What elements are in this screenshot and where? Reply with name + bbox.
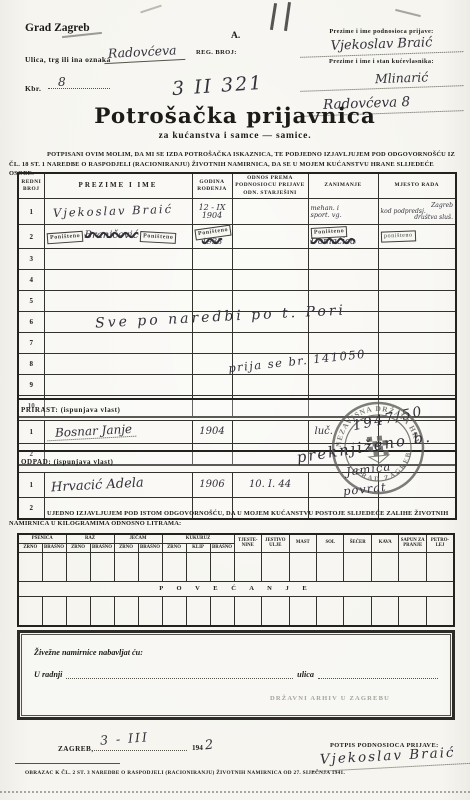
table-row: 1 Hrvacić Adela 1906 10. I. 44	[18, 473, 456, 498]
table-row: 7	[18, 333, 456, 354]
footer-divider	[15, 763, 120, 764]
col-header-jestivo-ulje: JESTIVO ULJE	[262, 534, 289, 552]
col-sub-zrno: ZRNO	[162, 543, 186, 552]
kbr-label: Kbr.	[25, 84, 41, 93]
prirast-section-label: PRIRAST: (ispunjava vlast)	[18, 399, 456, 421]
struck-name-handwritten: Braničević	[85, 230, 139, 241]
ponisteno-stamp: Poništeno	[310, 226, 347, 239]
row-number: 4	[18, 270, 44, 291]
form-reference-note: OBRAZAC K ČL. 2 ST. 3 NAREDBE O RASPODJE…	[25, 770, 445, 776]
table-row: 3	[18, 249, 456, 270]
row-number: 1	[18, 421, 44, 444]
shop-name-blank	[66, 669, 293, 679]
table-row: 6	[18, 312, 456, 333]
row-number: 1	[18, 199, 44, 225]
col-header-secer: ŠEĆER	[344, 534, 371, 552]
ponisteno-stamp: Poništeno	[140, 231, 177, 244]
date-handwritten: 3 - III	[100, 731, 150, 747]
col-sub-zrno: ZRNO	[18, 543, 42, 552]
city-heading: Grad Zagreb	[25, 22, 90, 34]
supplies-group-header-row: PŠENICA RAŽ JEČAM KUKURUZ TJESTE- NINE J…	[18, 534, 454, 543]
place-label: ZAGREB,	[58, 745, 94, 753]
supplies-empty-row	[18, 552, 454, 581]
reg-number-handwritten: 3 II 321	[171, 74, 264, 99]
row-number: 8	[18, 354, 44, 375]
povecanje-row: P O V E Ć A N J E	[18, 581, 454, 596]
purchase-line1: Živežne namirnice nabavljat ću:	[34, 648, 143, 657]
col-header-mjesto-rada: MJESTO RADA	[378, 173, 456, 199]
street-label: Ulica, trg ili ina oznaka	[25, 55, 111, 64]
row-number: 1	[18, 473, 44, 498]
col-group-kukuruz: KUKURUZ	[162, 534, 234, 543]
row-number: 5	[18, 291, 44, 312]
col-sub-brasno: BRAŠNO	[210, 543, 234, 552]
col-header-tjestenine: TJESTE- NINE	[234, 534, 261, 552]
workplace-handwritten: društva sluš.	[381, 215, 454, 221]
col-sub-brasno: BRAŠNO	[138, 543, 162, 552]
ponisteno-stamp: Poništeno	[46, 230, 83, 244]
col-group-raz: RAŽ	[66, 534, 114, 543]
col-header-petrolej: PETRO- LEJ	[426, 534, 454, 552]
page-subtitle: za kućanstva i samce — samice.	[0, 131, 470, 141]
row-number: 9	[18, 375, 44, 396]
odpad-date-handwritten: 10. I. 44	[249, 479, 291, 490]
reg-number-label: REG. BROJ:	[196, 49, 237, 56]
prirast-note-handwritten: luč.	[311, 426, 333, 437]
year-handwritten: 2	[204, 739, 214, 753]
household-members-table: REDNI BROJ PREZIME I IME GODINA ROĐENJA …	[17, 172, 457, 418]
row-number: 6	[18, 312, 44, 333]
ponisteno-stamp: poništeno	[380, 230, 415, 242]
scanned-form-page: Grad Zagreb A. REG. BROJ: Ulica, trg ili…	[0, 0, 470, 800]
signature-handwritten: Vjekoslav Braić	[312, 746, 470, 772]
odpad-section-label: ODPAD: (ispunjava vlast)	[18, 451, 456, 473]
table-row: 1 Bosnar Janje 1904 luč.	[18, 421, 456, 444]
col-header-redni-broj: REDNI BROJ	[18, 173, 44, 199]
povecanje-label: P O V E Ć A N J E	[18, 581, 454, 596]
occupation-handwritten: sport. vg.	[311, 212, 376, 219]
col-header-prezime-ime: PREZIME I IME	[44, 173, 192, 199]
archive-stamp: DRŽAVNI ARHIV U ZAGREBU	[270, 695, 390, 702]
row-number: 2	[18, 225, 44, 249]
table-header-row: REDNI BROJ PREZIME I IME GODINA ROĐENJA …	[18, 173, 456, 199]
year-printed: 194	[192, 744, 203, 752]
pencil-smudge-icon	[140, 5, 162, 14]
table-row: 9	[18, 375, 456, 396]
pencil-smudge-icon	[395, 9, 421, 17]
page-title: Potrošačka prijavnica	[0, 104, 470, 129]
col-sub-brasno: BRAŠNO	[42, 543, 66, 552]
street-handwritten: Radovćeva	[104, 44, 185, 64]
supplies-empty-row	[18, 596, 454, 626]
member-name-handwritten: Vjekoslav Braić	[46, 204, 172, 220]
col-sub-klip: KLIP	[186, 543, 210, 552]
purchase-line2-left: U radnji	[34, 670, 62, 679]
kbr-handwritten: 8	[48, 76, 110, 89]
applicant-handwritten: Vjekoslav Braić	[300, 32, 464, 58]
col-sub-brasno: BRAŠNO	[90, 543, 114, 552]
odpad-born-handwritten: 1906	[199, 479, 224, 490]
odpad-name-handwritten: Hrvacić Adela	[46, 476, 143, 494]
scan-bottom-edge	[0, 791, 470, 793]
date-blank	[92, 750, 187, 751]
table-row: 5	[18, 291, 456, 312]
col-header-sapun: SAPUN ZA PRANJE	[399, 534, 426, 552]
purchase-declaration-box: Živežne namirnice nabavljat ću: U radnji…	[17, 630, 455, 720]
col-header-kava: KAVA	[371, 534, 398, 552]
col-header-zanimanje: ZANIMANJE	[308, 173, 378, 199]
pencil-stroke-icon	[270, 3, 277, 30]
table-row: 4	[18, 270, 456, 291]
born-year-handwritten: 1904	[195, 212, 230, 220]
col-header-godina: GODINA ROĐENJA	[192, 173, 232, 199]
supplies-table: PŠENICA RAŽ JEČAM KUKURUZ TJESTE- NINE J…	[17, 533, 455, 627]
row-number: 7	[18, 333, 44, 354]
purchase-line2-right: ulica	[297, 670, 314, 679]
row-number: 3	[18, 249, 44, 270]
table-row: 8	[18, 354, 456, 375]
col-sub-zrno: ZRNO	[114, 543, 138, 552]
col-header-sol: SOL	[317, 534, 344, 552]
col-group-jecam: JEČAM	[114, 534, 162, 543]
supplies-declaration-paragraph: UJEDNO IZJAVLJUJEM POD ISTOM ODGOVORNOŠĆ…	[9, 509, 461, 528]
table-row: 1 Vjekoslav Braić 12 - IX 1904 mehan. i …	[18, 199, 456, 225]
prirast-name-handwritten: Bosnar Janje	[46, 423, 136, 442]
col-group-psenica: PŠENICA	[18, 534, 66, 543]
col-header-mast: MAST	[289, 534, 316, 552]
form-letter: A.	[231, 31, 240, 41]
pencil-stroke-icon	[284, 2, 291, 31]
prirast-born-handwritten: 1904	[199, 426, 224, 437]
col-sub-zrno: ZRNO	[66, 543, 90, 552]
col-header-odnos: ODNOS PREMA PODNOSIOCU PRIJAVE ODN. STAR…	[232, 173, 308, 199]
street-blank	[318, 669, 438, 679]
table-row-cancelled: 2 Poništeno Braničević Poništeno Ponište…	[18, 225, 456, 249]
